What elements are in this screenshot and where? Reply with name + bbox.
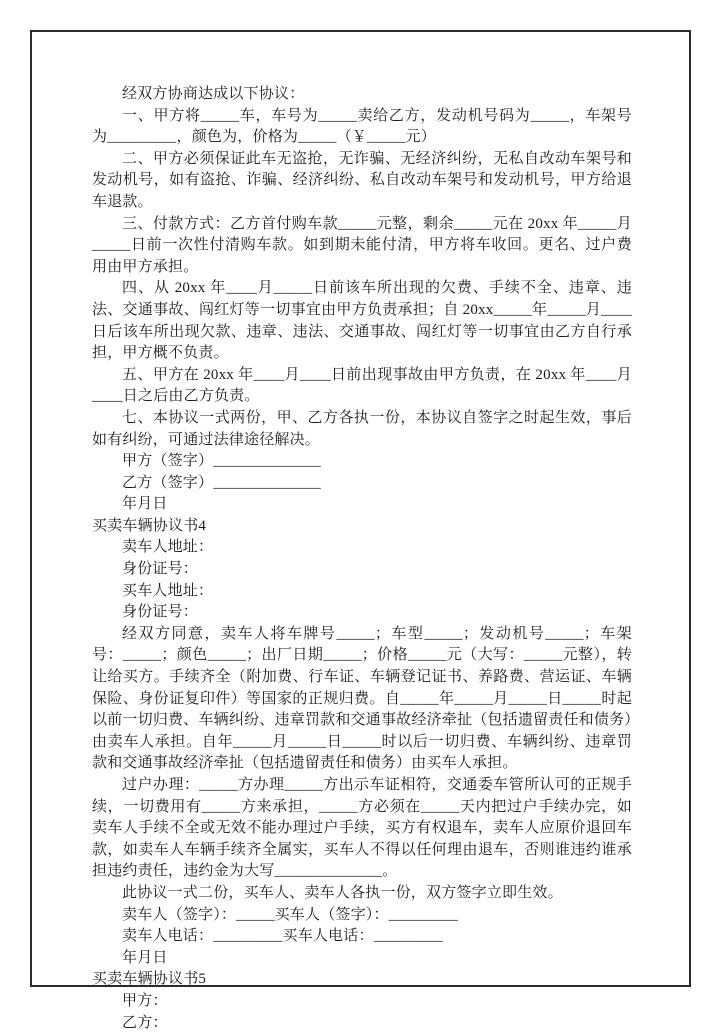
section4-phone-line: 卖车人电话：_________买车人电话：_________ <box>92 926 632 948</box>
date-line: 年月日 <box>92 494 632 516</box>
party-b-signature-line: 乙方（签字）______________ <box>92 473 632 495</box>
section4-date-line: 年月日 <box>92 948 632 970</box>
contract-document-body: 经双方协商达成以下协议： 一、甲方将_____车，车号为_____卖给乙方，发动… <box>92 84 632 1034</box>
clause-3-payment: 三、付款方式：乙方首付购车款_____元整，剩余_____元在 20xx 年__… <box>92 214 632 279</box>
section4-signature-line: 卖车人（签字）：_____买车人（签字）：_________ <box>92 905 632 927</box>
clause-7-copies-effective: 七、本协议一式两份，甲、乙方各执一份，本协议自签字之时起生效，事后如有纠纷，可通… <box>92 408 632 451</box>
clause-4-liability-before: 四、从 20xx 年____月_____日前该车所出现的欠费、手续不全、违章、违… <box>92 278 632 364</box>
section4-copies-paragraph: 此协议一式二份，买车人、卖车人各执一份，双方签字立即生效。 <box>92 883 632 905</box>
agreement-intro-line: 经双方协商达成以下协议： <box>92 84 632 106</box>
section5-party-b-label: 乙方： <box>92 1013 632 1034</box>
section4-transfer-paragraph: 过户办理：_____方办理_____方出示车证相符，交通委车管所认可的正规手续，… <box>92 775 632 883</box>
buyer-id-label: 身份证号： <box>92 602 632 624</box>
clause-2-guarantee: 二、甲方必须保证此车无盗抢，无诈骗、无经济纠纷，无私自改动车架号和发动机号，如有… <box>92 149 632 214</box>
section4-heading: 买卖车辆协议书4 <box>92 516 632 538</box>
section4-body-paragraph: 经双方同意，卖车人将车牌号_____；车型_____；发动机号_____；车架号… <box>92 624 632 775</box>
seller-address-label: 卖车人地址： <box>92 537 632 559</box>
clause-5-accident-liability: 五、甲方在 20xx 年____月____日前出现事故由甲方负责，在 20xx … <box>92 365 632 408</box>
party-a-signature-line: 甲方（签字）______________ <box>92 451 632 473</box>
buyer-address-label: 买车人地址： <box>92 581 632 603</box>
section5-heading: 买卖车辆协议书5 <box>92 969 632 991</box>
seller-id-label: 身份证号： <box>92 559 632 581</box>
clause-1-vehicle-info: 一、甲方将_____车，车号为_____卖给乙方，发动机号码为_____，车架号… <box>92 106 632 149</box>
section5-party-a-label: 甲方： <box>92 991 632 1013</box>
